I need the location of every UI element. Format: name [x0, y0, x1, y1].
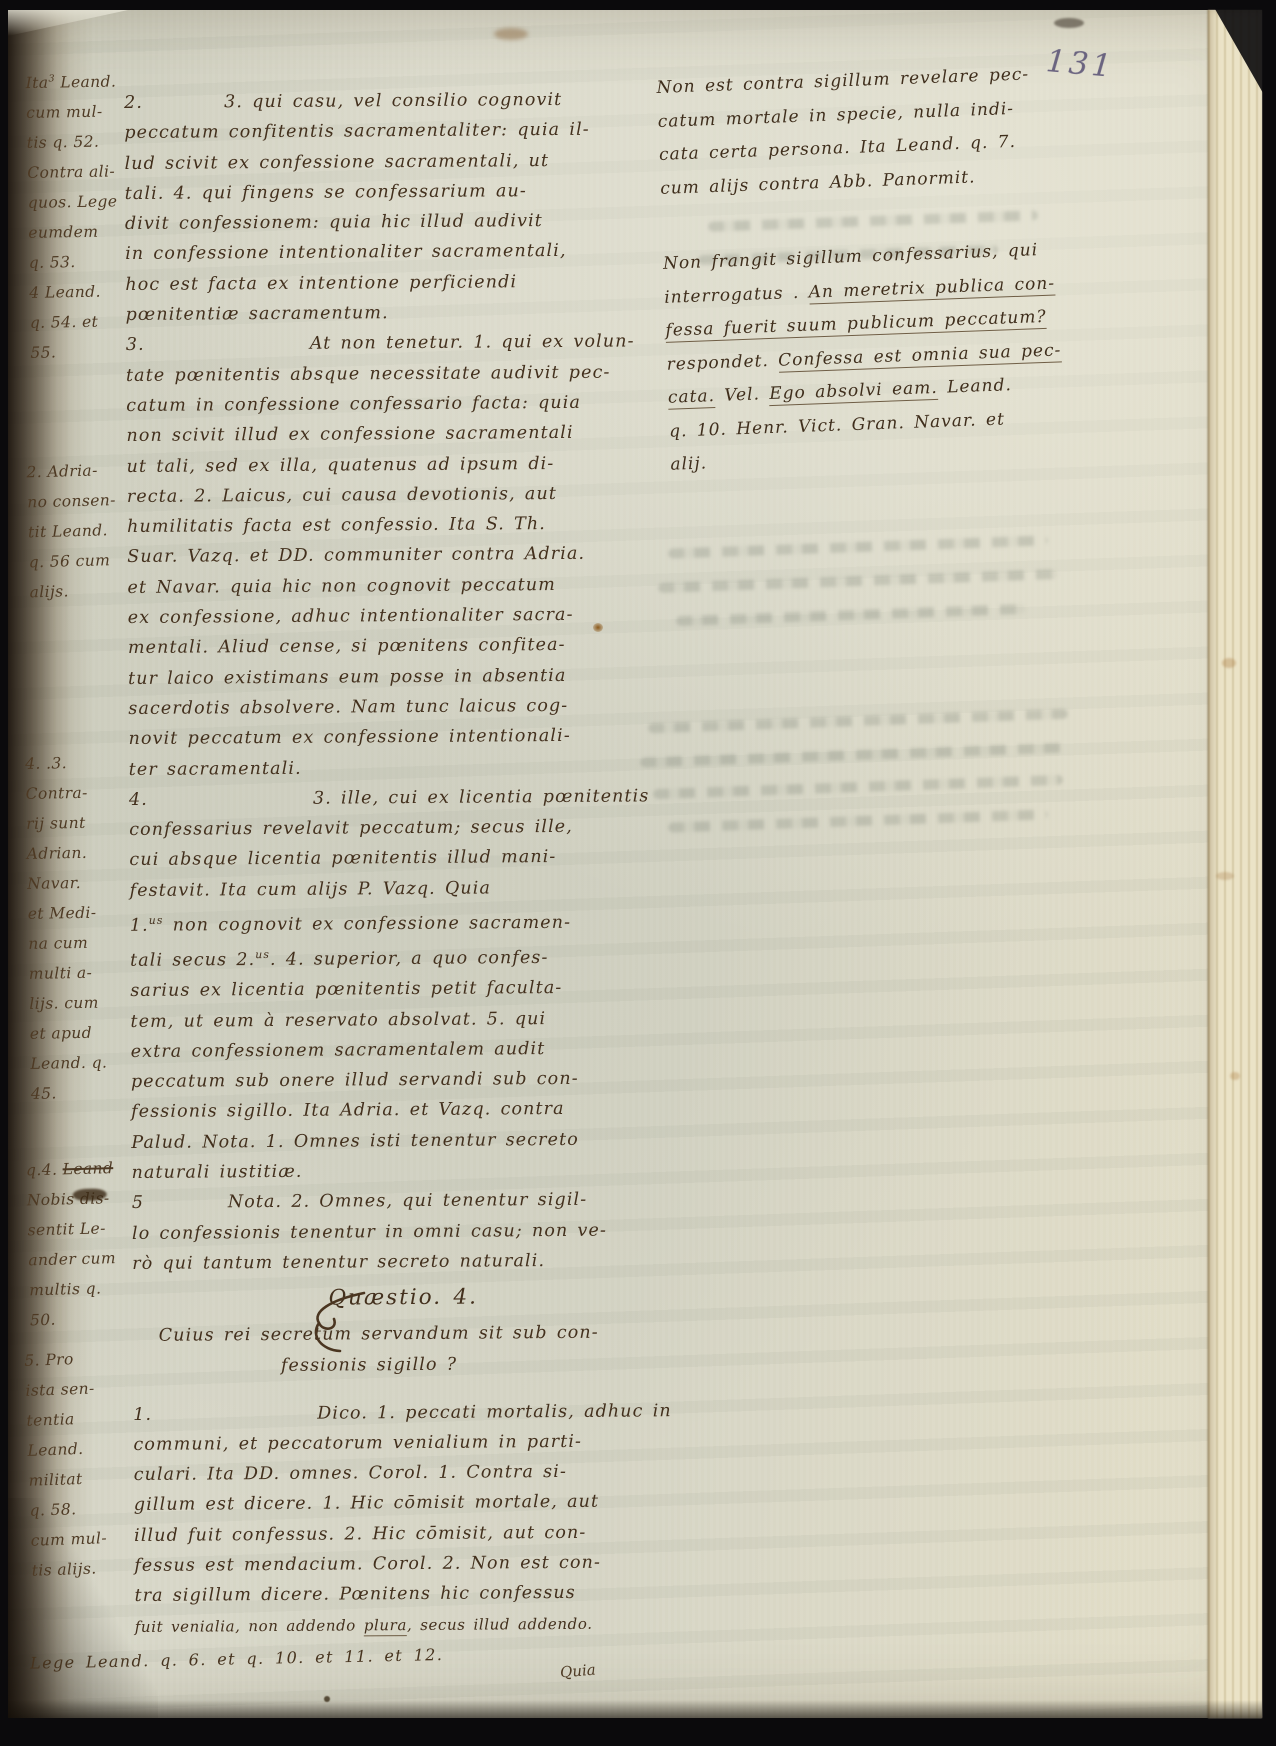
- bleed-through: [668, 809, 1048, 832]
- manuscript-line: Nobis dis-: [26, 1183, 131, 1216]
- manuscript-line: Contra ali-: [27, 156, 132, 188]
- manuscript-line: ander cum: [28, 1243, 133, 1276]
- text-segment: tali. 4. qui fingens se confessarium au-: [125, 181, 527, 204]
- manuscript-line: militat: [28, 1462, 133, 1496]
- text-segment: Non frangit sigillum confessarius, qui: [663, 240, 1039, 274]
- text-segment: rò qui tantum tenentur secreto naturali.: [132, 1251, 545, 1274]
- manuscript-line: sacerdotis absolvere. Nam tunc laicus co…: [128, 690, 654, 724]
- text-segment: dis-: [80, 1189, 110, 1208]
- text-segment: mentali. Aliud cense, si pœnitens confit…: [128, 635, 566, 658]
- text-segment: fessus est mendacium. Corol. 2. Non est …: [134, 1553, 601, 1576]
- manuscript-line: et Medi-: [27, 897, 132, 929]
- text-segment: Nota. 2. Omnes, qui tenentur sigil-: [228, 1190, 588, 1213]
- edge-mark: [1054, 18, 1084, 28]
- text-segment: et apud: [30, 1024, 93, 1043]
- text-segment: 1.: [130, 916, 149, 936]
- bleed-through: [676, 604, 1026, 626]
- manuscript-line: pœnitentiæ sacramentum.: [125, 296, 651, 330]
- manuscript-line: Ita3 Leand.: [25, 63, 130, 98]
- manuscript-line: q. 54. et: [30, 306, 135, 338]
- text-segment: tis q. 52.: [27, 133, 100, 152]
- paragraph-number: 2.: [124, 87, 224, 118]
- manuscript-line: et apud: [30, 1017, 135, 1049]
- text-segment: sarius ex licentia pœnitentis petit facu…: [130, 978, 562, 1001]
- manuscript-line: q.4. Leand: [26, 1153, 131, 1186]
- text-segment: ander cum: [28, 1249, 116, 1269]
- manuscript-line: eumdem: [28, 216, 133, 248]
- text-segment: hoc est facta ex intentione perficiendi: [125, 272, 517, 295]
- text-segment: gillum est dicere. 1. Hic cōmisit mortal…: [134, 1492, 599, 1515]
- text-segment: quos. Lege: [28, 193, 118, 213]
- manuscript-line: cui absque licentia pœnitentis illud man…: [129, 842, 655, 876]
- text-segment: militat: [28, 1470, 83, 1490]
- manuscript-line: catum in confessione confessario facta: …: [126, 387, 652, 421]
- text-segment: 4. .3.: [25, 754, 67, 773]
- manuscript-line: mentali. Aliud cense, si pœnitens confit…: [128, 630, 654, 664]
- text-segment: alij.: [670, 453, 707, 474]
- text-segment: peccatum confitentis sacramentaliter: qu…: [124, 120, 590, 143]
- manuscript-line: rò qui tantum tenentur secreto naturali.: [132, 1245, 658, 1279]
- text-segment: lo confessionis tenentur in omni casu; n…: [132, 1220, 607, 1243]
- manuscript-line: peccatum confitentis sacramentaliter: qu…: [124, 115, 650, 149]
- text-segment: Leand.: [937, 375, 1012, 398]
- text-segment: plura: [364, 1616, 407, 1636]
- manuscript-line: q. 53.: [29, 246, 134, 278]
- paragraph-number: 3.: [126, 329, 310, 361]
- text-segment: divit confessionem: quia hic illud audiv…: [125, 211, 543, 234]
- right-text-column: Non est contra sigillum revelare pec-cat…: [656, 56, 1111, 482]
- manuscript-line: sarius ex licentia pœnitentis petit facu…: [130, 973, 656, 1007]
- manuscript-line: tis alijs.: [31, 1552, 136, 1586]
- manuscript-line: 5. Pro: [24, 1342, 129, 1376]
- manuscript-line: 4.3. ille, cui ex licentia pœnitentis: [129, 781, 655, 815]
- catchword: Quia: [559, 1660, 596, 1681]
- manuscript-line: 1.us non cognovit ex confessione sacrame…: [130, 902, 656, 941]
- text-segment: Leand: [62, 1159, 113, 1178]
- text-segment: ut tali, sed ex illa, quatenus ad ipsum …: [127, 454, 555, 477]
- manuscript-line: quos. Lege: [28, 186, 133, 218]
- flourish-mark: [306, 1290, 368, 1356]
- text-segment: Confessa est omnia sua pec-: [778, 340, 1062, 372]
- paragraph-number: 4.: [129, 784, 313, 816]
- manuscript-line: sentit Le-: [27, 1213, 132, 1246]
- foxing-spot: [1222, 658, 1236, 668]
- manuscript-line: Suar. Vazq. et DD. communiter contra Adr…: [127, 539, 653, 573]
- text-segment: lud scivit ex confessione sacramentali, …: [124, 151, 549, 174]
- text-segment: q. 53.: [29, 253, 76, 272]
- manuscript-line: extra confessionem sacramentalem audit: [131, 1033, 657, 1067]
- manuscript-line: na cum: [28, 927, 133, 959]
- bleed-through: [648, 709, 1068, 734]
- manuscript-line: fessionis sigillo. Ita Adria. et Vazq. c…: [131, 1094, 657, 1128]
- manuscript-line: Cuius rei secretum servandum sit sub con…: [133, 1318, 659, 1352]
- text-segment: et Navar. quia hic non cognovit peccatum: [127, 575, 556, 598]
- manuscript-line: ex confessione, adhuc intentionaliter sa…: [128, 599, 654, 633]
- margin-note-block: 5. Proista sen-tentiaLeand.militatq. 58.…: [24, 1342, 136, 1585]
- manuscript-line: 2. Adria-: [26, 455, 131, 488]
- text-segment: At non tenetur. 1. qui ex volun-: [310, 332, 635, 354]
- manuscript-line: naturali iustitiæ.: [131, 1154, 657, 1188]
- text-segment: lijs. cum: [29, 994, 99, 1013]
- text-segment: recta. 2. Laicus, cui causa devotionis, …: [127, 484, 557, 507]
- text-segment: naturali iustitiæ.: [132, 1162, 303, 1183]
- stain: [494, 28, 528, 40]
- text-segment: catum mortale in specie, nulla indi-: [657, 98, 1014, 131]
- manuscript-line: Palud. Nota. 1. Omnes isti tenentur secr…: [131, 1124, 657, 1158]
- manuscript-line: ter sacramentali.: [129, 751, 655, 785]
- manuscript-line: 55.: [30, 336, 135, 368]
- manuscript-line: Navar.: [27, 867, 132, 899]
- manuscript-line: lud scivit ex confessione sacramentali, …: [124, 145, 650, 179]
- manuscript-line: fessionis sigillo ?: [133, 1348, 659, 1400]
- text-segment: festavit. Ita cum alijs P. Vazq. Quia: [130, 878, 492, 901]
- manuscript-line: 1.Dico. 1. peccati mortalis, adhuc in: [133, 1396, 659, 1430]
- manuscript-line: recta. 2. Laicus, cui causa devotionis, …: [127, 478, 653, 512]
- manuscript-line: ut tali, sed ex illa, quatenus ad ipsum …: [127, 448, 653, 482]
- text-segment: tis alijs.: [31, 1559, 97, 1579]
- ink-speck: [324, 1696, 330, 1702]
- text-segment: Suar. Vazq. et DD. communiter contra Adr…: [127, 544, 585, 567]
- manuscript-line: et Navar. quia hic non cognovit peccatum: [127, 569, 653, 603]
- text-segment: 50.: [30, 1311, 56, 1330]
- text-segment: Nobis: [27, 1190, 81, 1209]
- manuscript-line: festavit. Ita cum alijs P. Vazq. Quia: [129, 872, 655, 906]
- text-segment: . 4. superior, a quo confes-: [270, 948, 549, 970]
- paragraph: Non frangit sigillum confessarius, quiin…: [662, 232, 1110, 482]
- manuscript-line: Contra-: [25, 777, 130, 809]
- text-segment: ista sen-: [25, 1379, 95, 1399]
- text-segment: cum alijs contra Abb. Panormit.: [660, 167, 976, 199]
- text-segment: eumdem: [28, 223, 98, 242]
- text-segment: Navar.: [27, 874, 81, 893]
- text-segment: q. 54. et: [30, 313, 99, 332]
- text-segment: fuit venialia, non addendo: [135, 1616, 364, 1636]
- text-segment: Leand. q.: [30, 1054, 107, 1073]
- text-segment: q. 56 cum: [29, 551, 111, 571]
- text-segment: non scivit illud ex confessione sacramen…: [126, 423, 573, 446]
- text-segment: tali secus 2.: [130, 950, 255, 971]
- bleed-through: [640, 742, 1070, 767]
- manuscript-line: tem, ut eum à reservato absolvat. 5. qui: [130, 1003, 656, 1037]
- manuscript-page: 131 Ita3 Leand.cum mul-tis q. 52.Contra …: [8, 10, 1262, 1718]
- manuscript-line: rij sunt: [26, 807, 131, 839]
- paragraph: Non est contra sigillum revelare pec-cat…: [656, 56, 1101, 206]
- manuscript-line: tali secus 2.us. 4. superior, a quo conf…: [130, 937, 656, 976]
- text-segment: q. 10. Henr. Vict. Gran. Navar. et: [669, 409, 1005, 441]
- manuscript-line: q. 58.: [29, 1492, 134, 1526]
- text-segment: , secus illud addendo.: [407, 1614, 593, 1633]
- manuscript-line: hoc est facta ex intentione perficiendi: [125, 266, 651, 300]
- manuscript-line: fessus est mendacium. Corol. 2. Non est …: [134, 1547, 660, 1581]
- manuscript-line: humilitatis facta est confessio. Ita S. …: [127, 508, 653, 542]
- text-segment: 3. qui casu, vel consilio cognovit: [224, 90, 562, 112]
- text-segment: Contra ali-: [27, 163, 115, 183]
- text-segment: cum mul-: [30, 1529, 107, 1550]
- manuscript-line: ista sen-: [25, 1372, 130, 1406]
- manuscript-line: tentia: [26, 1402, 131, 1436]
- text-segment: catum in confessione confessario facta: …: [126, 393, 581, 416]
- manuscript-line: confessarius revelavit peccatum; secus i…: [129, 811, 655, 845]
- manuscript-line: peccatum sub onere illud servandi sub co…: [131, 1063, 657, 1097]
- bleed-through: [668, 535, 1048, 558]
- text-segment: Dico. 1. peccati mortalis, adhuc in: [317, 1401, 672, 1423]
- text-segment: q. 58.: [29, 1500, 76, 1520]
- paragraph-number: 1.: [133, 1398, 317, 1430]
- manuscript-line: Leand. q.: [30, 1047, 135, 1079]
- manuscript-line: gillum est dicere. 1. Hic cōmisit mortal…: [134, 1487, 660, 1521]
- text-segment: cum mul-: [26, 103, 103, 122]
- text-segment: Ego absolvi eam.: [769, 378, 938, 406]
- text-segment: Vel.: [715, 384, 770, 406]
- text-segment: culari. Ita DD. omnes. Corol. 1. Contra …: [134, 1462, 567, 1485]
- manuscript-line: Leand.: [27, 1432, 132, 1466]
- manuscript-line: alijs.: [29, 575, 134, 608]
- text-segment: us: [149, 914, 164, 927]
- text-segment: pœnitentiæ sacramentum.: [126, 303, 389, 325]
- text-segment: peccatum sub onere illud servandi sub co…: [131, 1069, 579, 1092]
- manuscript-line: tit Leand.: [28, 515, 133, 548]
- text-segment: Leand.: [55, 73, 117, 92]
- text-segment: respondet.: [666, 350, 778, 374]
- margin-note-block: 4. .3.Contra-rij suntAdrian.Navar.et Med…: [25, 747, 135, 1109]
- manuscript-line: 3.At non tenetur. 1. qui ex volun-: [126, 327, 652, 361]
- manuscript-line: fuit venialia, non addendo plura, secus …: [135, 1608, 661, 1642]
- text-segment: tate pœnitentis absque necessitate audiv…: [126, 362, 611, 385]
- text-segment: multis q.: [29, 1279, 102, 1299]
- manuscript-line: culari. Ita DD. omnes. Corol. 1. Contra …: [134, 1456, 660, 1490]
- text-segment: confessarius revelavit peccatum; secus i…: [129, 817, 573, 840]
- text-segment: 45.: [31, 1084, 57, 1102]
- manuscript-line: tra sigillum dicere. Pœnitens hic confes…: [134, 1578, 660, 1612]
- text-segment: Cuius rei secretum servandum sit sub con…: [159, 1323, 599, 1346]
- text-segment: An meretrix publica con-: [808, 273, 1055, 304]
- bleed-through: [653, 775, 1063, 799]
- text-segment: humilitatis facta est confessio. Ita S. …: [127, 514, 546, 537]
- text-segment: sentit Le-: [27, 1219, 106, 1239]
- foxing-spot: [1216, 872, 1234, 880]
- margin-note-block: q.4. LeandNobis dis-sentit Le-ander cumm…: [26, 1153, 135, 1336]
- text-segment: cata.: [668, 386, 716, 410]
- manuscript-line: 4 Leand.: [29, 276, 134, 308]
- text-segment: 5. Pro: [24, 1350, 74, 1370]
- manuscript-line: in confessione intentionaliter sacrament…: [125, 236, 651, 270]
- manuscript-line: lo confessionis tenentur in omni casu; n…: [132, 1215, 658, 1249]
- manuscript-line: novit peccatum ex confessione intentiona…: [128, 721, 654, 755]
- text-segment: rij sunt: [26, 814, 86, 833]
- manuscript-line: tate pœnitentis absque necessitate audiv…: [126, 357, 652, 391]
- text-segment: tentia: [26, 1410, 75, 1430]
- text-segment: q.4.: [26, 1160, 63, 1179]
- text-segment: novit peccatum ex confessione intentiona…: [128, 726, 570, 749]
- manuscript-line: multis q.: [29, 1273, 134, 1306]
- text-segment: sacerdotis absolvere. Nam tunc laicus co…: [128, 696, 568, 719]
- margin-note-block: 2. Adria-no consen-tit Leand.q. 56 cumal…: [26, 455, 134, 608]
- text-segment: illud fuit confessus. 2. Hic cōmisit, au…: [134, 1523, 586, 1546]
- text-segment: no consen-: [27, 491, 116, 511]
- manuscript-line: lijs. cum: [29, 987, 134, 1019]
- text-segment: multi a-: [29, 964, 93, 983]
- text-segment: tem, ut eum à reservato absolvat. 5. qui: [130, 1009, 546, 1032]
- manuscript-line: divit confessionem: quia hic illud audiv…: [125, 206, 651, 240]
- manuscript-line: cum mul-: [30, 1522, 135, 1556]
- manuscript-line: multi a-: [29, 957, 134, 989]
- text-segment: Adrian.: [27, 844, 88, 863]
- text-segment: non cognovit ex confessione sacramen-: [163, 913, 571, 936]
- text-segment: 3. ille, cui ex licentia pœnitentis: [313, 786, 650, 808]
- text-segment: 2. Adria-: [26, 462, 98, 482]
- manuscript-line: tali. 4. qui fingens se confessarium au-: [125, 175, 651, 209]
- text-segment: ex confessione, adhuc intentionaliter sa…: [128, 605, 574, 628]
- page-crease: [1206, 10, 1210, 1718]
- foxing-spot: [1230, 1072, 1240, 1080]
- text-segment: cui absque licentia pœnitentis illud man…: [129, 847, 556, 870]
- manuscript-line: tis q. 52.: [26, 126, 131, 158]
- text-segment: Non est contra sigillum revelare pec-: [656, 64, 1029, 98]
- text-segment: 4 Leand.: [29, 283, 101, 302]
- main-text-column: 2.3. qui casu, vel consilio cognovitpecc…: [124, 84, 661, 1642]
- text-segment: tur laico existimans eum posse in absent…: [128, 666, 567, 689]
- bleed-through: [658, 569, 1058, 593]
- text-segment: Leand.: [27, 1440, 84, 1460]
- text-segment: extra confessionem sacramentalem audit: [131, 1039, 546, 1062]
- text-segment: tit Leand.: [28, 521, 108, 541]
- text-segment: Ita: [26, 74, 49, 92]
- manuscript-line: 45.: [31, 1077, 136, 1109]
- text-segment: na cum: [28, 934, 88, 953]
- paragraph-number: 5: [132, 1188, 228, 1219]
- text-segment: fessionis sigillo ?: [281, 1354, 457, 1375]
- text-segment: us: [255, 948, 270, 961]
- manuscript-line: communi, et peccatorum venialium in part…: [133, 1426, 659, 1460]
- text-segment: cata certa persona. Ita Leand. q. 7.: [659, 132, 1017, 165]
- page-edge-deckle: [1208, 10, 1262, 1718]
- text-segment: et Medi-: [28, 904, 97, 923]
- manuscript-line: 5Nota. 2. Omnes, qui tenentur sigil-: [132, 1185, 658, 1219]
- text-segment: Palud. Nota. 1. Omnes isti tenentur secr…: [131, 1130, 579, 1153]
- text-segment: 55.: [30, 344, 56, 362]
- manuscript-line: cum mul-: [26, 96, 131, 128]
- text-segment: fessionis sigillo. Ita Adria. et Vazq. c…: [131, 1099, 565, 1122]
- manuscript-line: no consen-: [27, 485, 132, 518]
- manuscript-line: non scivit illud ex confessione sacramen…: [126, 418, 652, 452]
- margin-note-block: Ita3 Leand.cum mul-tis q. 52.Contra ali-…: [25, 63, 134, 368]
- text-segment: communi, et peccatorum venialium in part…: [133, 1432, 582, 1455]
- text-segment: interrogatus .: [664, 282, 809, 307]
- manuscript-line: 4. .3.: [25, 747, 130, 779]
- manuscript-line: illud fuit confessus. 2. Hic cōmisit, au…: [134, 1517, 660, 1551]
- manuscript-line: 2.3. qui casu, vel consilio cognovit: [124, 84, 650, 118]
- text-segment: alijs.: [29, 582, 69, 601]
- text-segment: ter sacramentali.: [129, 758, 302, 779]
- text-segment: tra sigillum dicere. Pœnitens hic confes…: [134, 1583, 575, 1606]
- text-segment: in confessione intentionaliter sacrament…: [125, 241, 567, 264]
- manuscript-line: tur laico existimans eum posse in absent…: [128, 660, 654, 694]
- manuscript-line: Adrian.: [26, 837, 131, 869]
- manuscript-line: q. 56 cum: [28, 545, 133, 578]
- section-heading: Quæstio. 4.: [132, 1276, 658, 1322]
- text-segment: Contra-: [25, 784, 87, 803]
- manuscript-line: 50.: [30, 1303, 135, 1336]
